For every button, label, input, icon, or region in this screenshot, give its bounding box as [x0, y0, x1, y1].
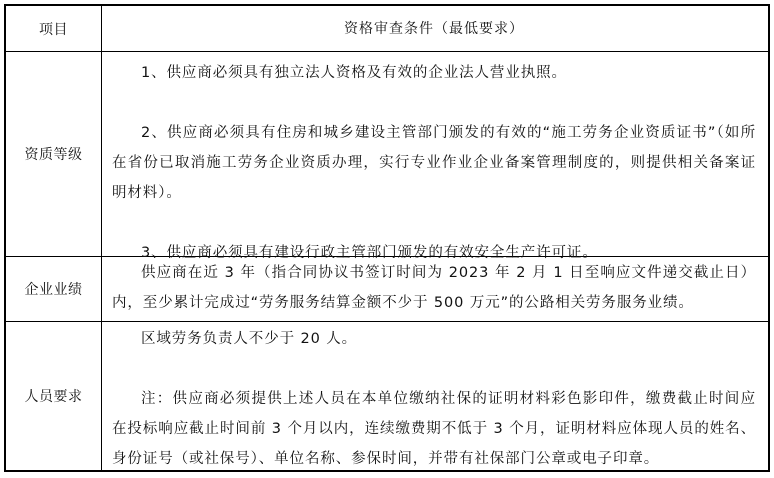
- row-divider-header: [6, 51, 768, 52]
- row-personnel-content: 区域劳务负责人不少于 20 人。 注：供应商必须提供上述人员在本单位缴纳社保的证…: [102, 324, 768, 470]
- paragraph-spacer: [112, 354, 756, 384]
- header-item-label: 项目: [39, 19, 68, 39]
- row-divider-2: [6, 321, 768, 322]
- paragraph-spacer: [112, 88, 756, 118]
- header-criteria-label: 资格审查条件（最低要求）: [344, 14, 524, 44]
- row-personnel-label-cell: 人员要求: [6, 322, 101, 470]
- row-performance-content: 供应商在近 3 年（指合同协议书签订时间为 2023 年 2 月 1 日至响应文…: [102, 258, 768, 321]
- row-label: 资质等级: [25, 144, 83, 164]
- row-label: 企业业绩: [25, 279, 83, 299]
- requirement-paragraph: 1、供应商必须具有独立法人资格及有效的企业法人营业执照。: [112, 58, 756, 88]
- qualification-table: 项目 资格审查条件（最低要求） 资质等级 1、供应商必须具有独立法人资格及有效的…: [4, 4, 770, 472]
- requirement-paragraph: 区域劳务负责人不少于 20 人。: [112, 324, 756, 354]
- row-qualification-label-cell: 资质等级: [6, 52, 101, 256]
- row-qualification-content: 1、供应商必须具有独立法人资格及有效的企业法人营业执照。 2、供应商必须具有住房…: [102, 58, 768, 256]
- requirement-paragraph: 供应商在近 3 年（指合同协议书签订时间为 2023 年 2 月 1 日至响应文…: [112, 258, 756, 318]
- row-performance-label-cell: 企业业绩: [6, 257, 101, 321]
- header-criteria-cell: 资格审查条件（最低要求）: [102, 6, 768, 51]
- row-label: 人员要求: [25, 386, 83, 406]
- requirement-paragraph: 2、供应商必须具有住房和城乡建设主管部门颁发的有效的“施工劳务企业资质证书”（如…: [112, 118, 756, 208]
- header-item-cell: 项目: [6, 6, 101, 51]
- paragraph-spacer: [112, 208, 756, 238]
- requirement-note-paragraph: 注：供应商必须提供上述人员在本单位缴纳社保的证明材料彩色影印件，缴费截止时间应在…: [112, 384, 756, 474]
